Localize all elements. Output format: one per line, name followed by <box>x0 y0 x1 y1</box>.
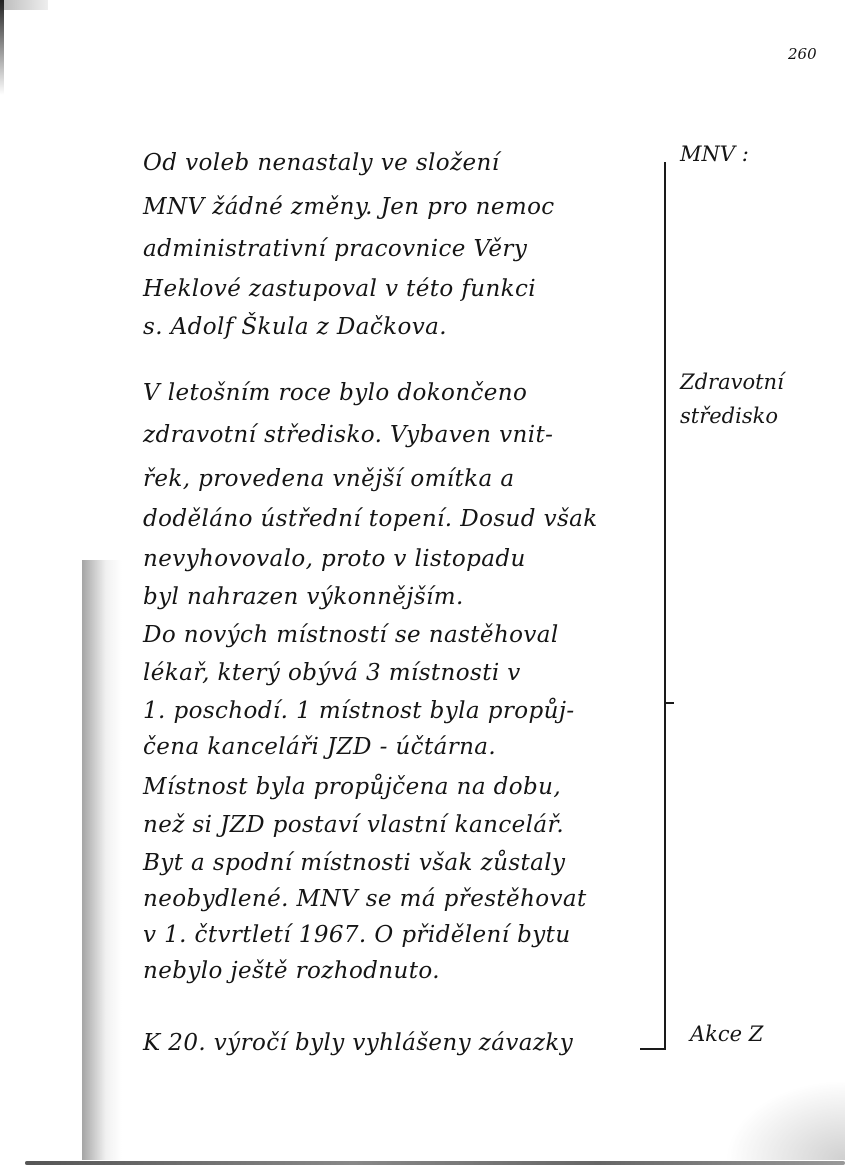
margin-note-health-center-2: středisko <box>680 404 778 428</box>
text-line: s. Adolf Škula z Dačkova. <box>143 314 447 340</box>
scan-edge-shade <box>0 0 48 10</box>
margin-note-health-center: Zdravotní <box>680 370 784 394</box>
text-line: Heklové zastupoval v této funkci <box>143 276 536 302</box>
page-number: 260 <box>788 45 817 63</box>
text-line: byl nahrazen výkonnějším. <box>143 584 464 610</box>
scan-speckle <box>725 1080 845 1160</box>
text-line: K 20. výročí byly vyhlášeny závazky <box>143 1030 573 1056</box>
text-line: 1. poschodí. 1 místnost byla propůj- <box>143 698 575 724</box>
margin-note-akce-z: Akce Z <box>690 1022 763 1046</box>
margin-divider-line <box>664 162 666 1048</box>
scan-bottom-edge <box>25 1161 845 1165</box>
text-line: lékař, který obývá 3 místnosti v <box>143 660 521 686</box>
text-line: než si JZD postaví vlastní kancelář. <box>143 812 564 838</box>
text-line: neobydlené. MNV se má přestěhovat <box>143 886 587 912</box>
document-page: 260 MNV : Od voleb nenastaly ve složení … <box>0 0 845 1170</box>
text-line: nevyhovovalo, proto v listopadu <box>143 546 526 572</box>
text-line: doděláno ústřední topení. Dosud však <box>143 506 598 532</box>
text-line: zdravotní středisko. Vybaven vnit- <box>143 422 553 448</box>
scan-edge-shadow <box>0 0 4 95</box>
text-line: MNV žádné změny. Jen pro nemoc <box>143 194 555 220</box>
text-line: řek, provedena vnější omítka a <box>143 466 514 492</box>
margin-line-end <box>640 1048 666 1050</box>
margin-note-mnv: MNV : <box>680 142 749 166</box>
text-line: V letošním roce bylo dokončeno <box>143 380 527 406</box>
text-line: Od voleb nenastaly ve složení <box>143 150 500 176</box>
text-line: v 1. čtvrtletí 1967. O přidělení bytu <box>143 922 571 948</box>
text-line: Byt a spodní místnosti však zůstaly <box>143 850 565 876</box>
scan-binding-shadow <box>82 560 122 1160</box>
text-line: administrativní pracovnice Věry <box>143 236 527 262</box>
text-line: Do nových místností se nastěhoval <box>143 622 559 648</box>
text-line: Místnost byla propůjčena na dobu, <box>143 774 561 800</box>
margin-hyphen-mark <box>664 702 674 704</box>
text-line: čena kanceláři JZD - účtárna. <box>143 734 496 760</box>
text-line: nebylo ještě rozhodnuto. <box>143 958 440 984</box>
